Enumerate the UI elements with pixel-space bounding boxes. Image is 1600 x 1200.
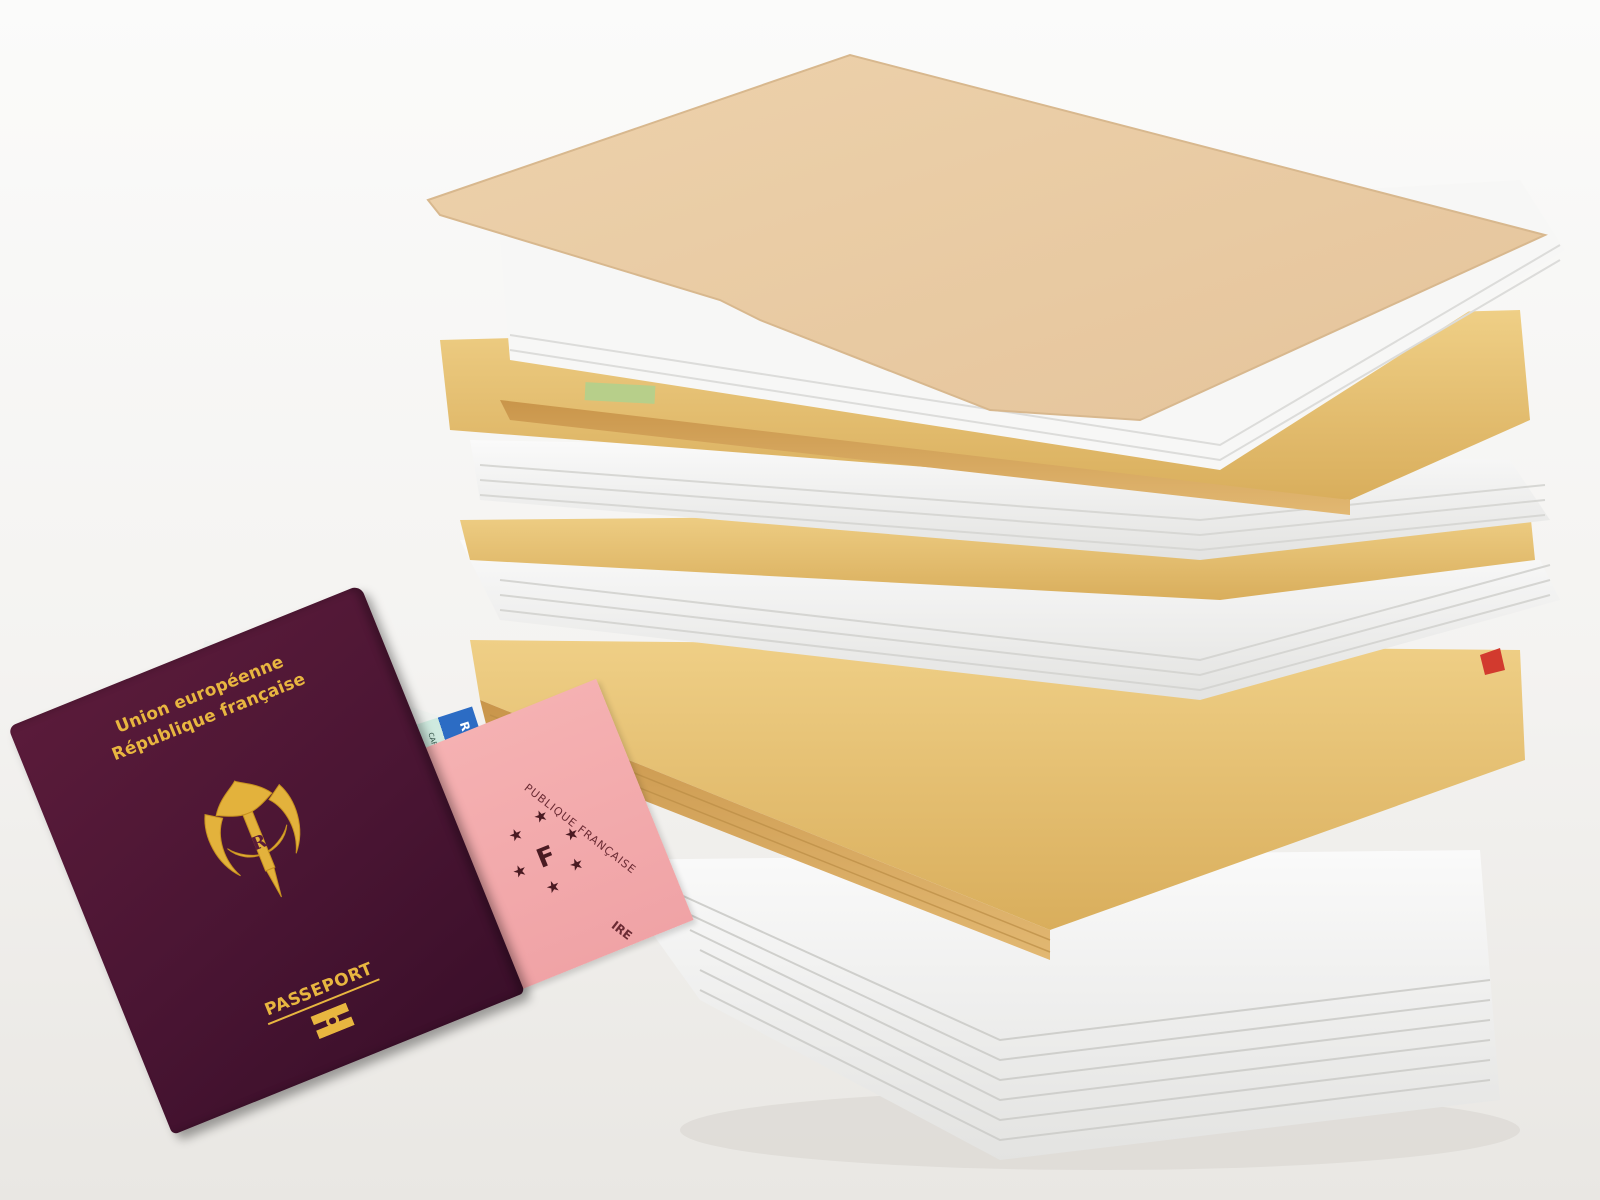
svg-text:★: ★ [543,875,563,898]
french-emblem-icon: R [175,749,339,924]
svg-text:★: ★ [506,823,526,846]
biometric-chip-icon [310,1003,354,1039]
eu-stars-icon: ★★ ★★ ★★ F [495,794,612,911]
svg-text:★: ★ [510,859,530,882]
svg-text:★: ★ [531,805,551,828]
svg-text:★: ★ [561,822,581,845]
photo-scene: CARTE NATIONALE D'IDENTITÉ RÉPUBLIQUE F … [0,0,1600,1200]
svg-text:★: ★ [566,853,586,876]
licence-footer-text: IRE [609,918,635,943]
svg-text:F: F [532,840,560,874]
